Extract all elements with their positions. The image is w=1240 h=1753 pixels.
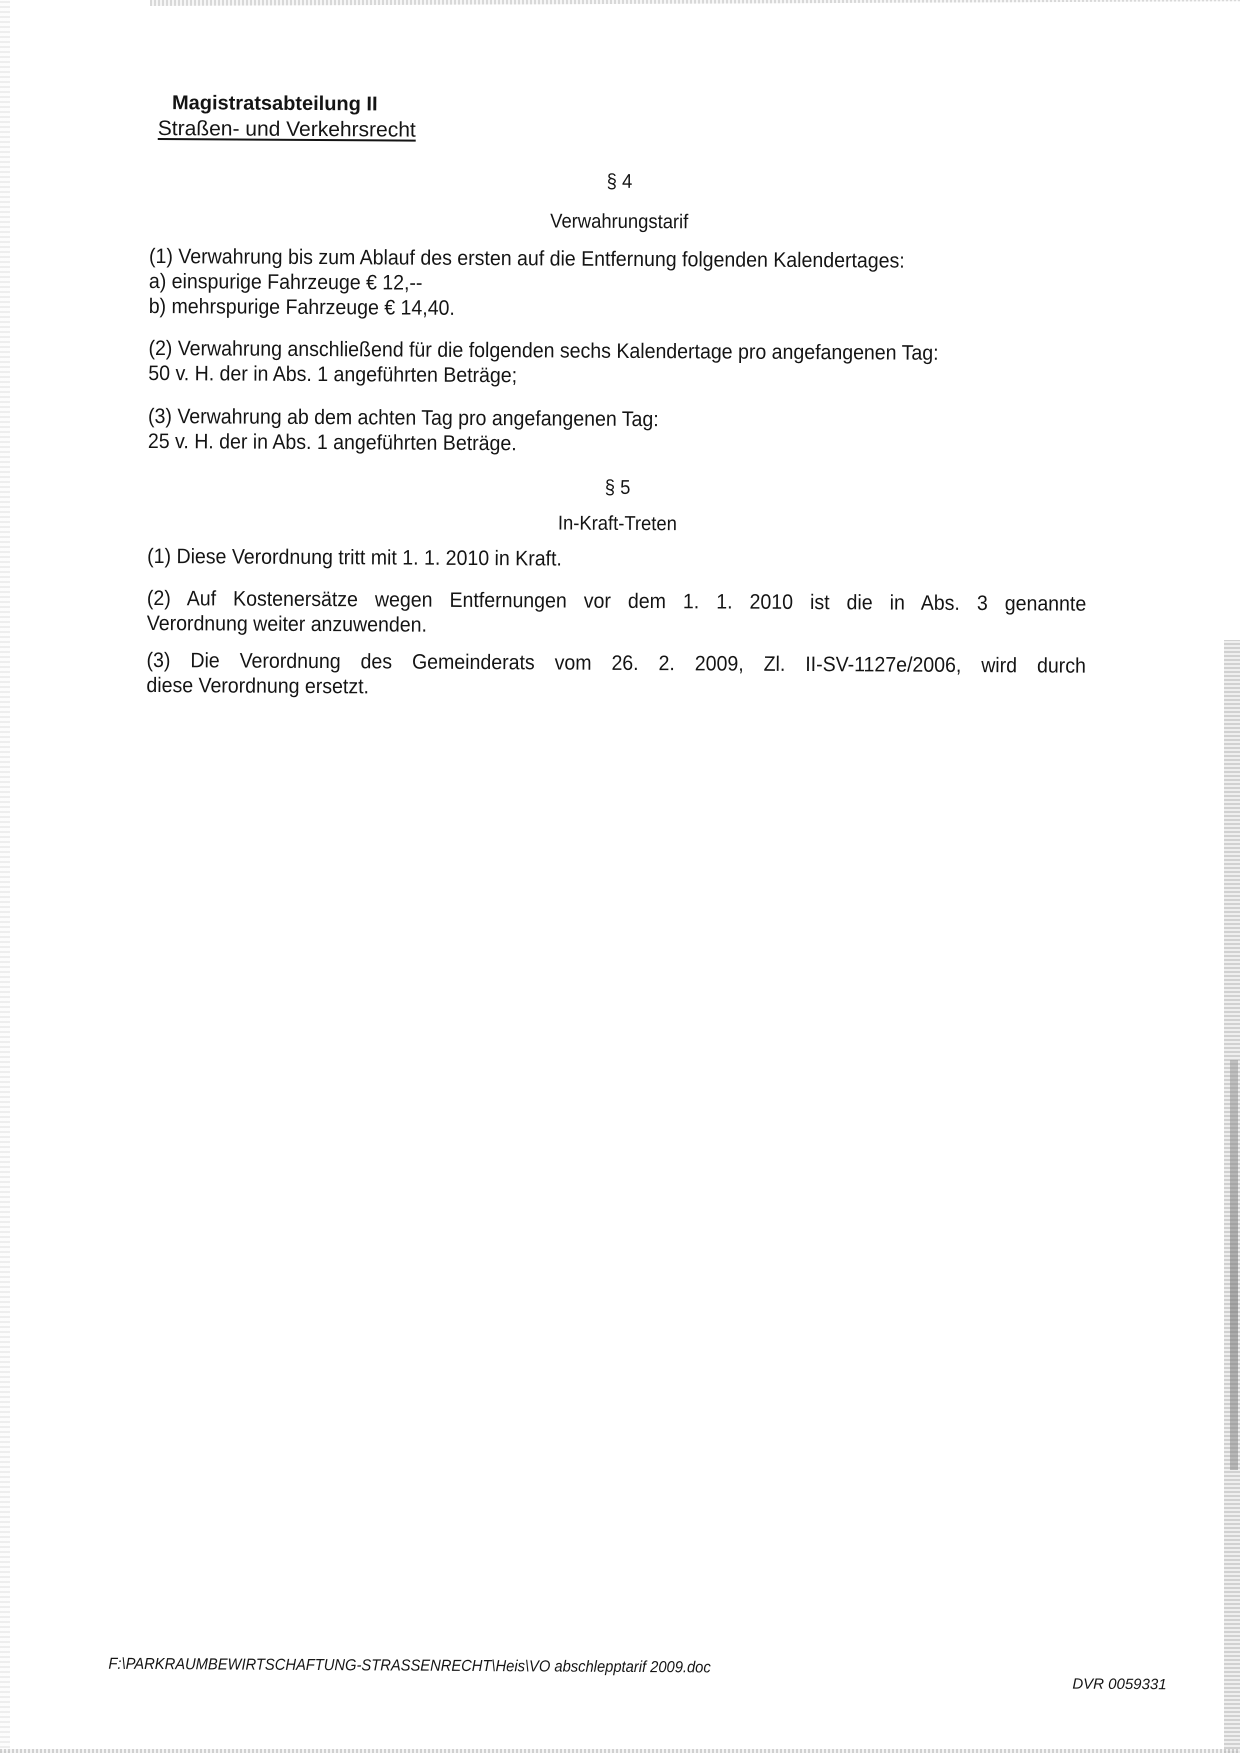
paragraph-line: 25 v. H. der in Abs. 1 angeführten Beträ… [148,429,1022,459]
subdepartment-heading: Straßen- und Verkehrsrecht [158,117,416,143]
section-4-title: Verwahrungstarif [49,207,1190,237]
section-4-number: § 4 [49,167,1190,197]
section-5-number: § 5 [47,473,1188,503]
section-5-paragraph-2: (2) Auf Kostenersätze wegen Entfernungen… [147,586,1021,641]
section-4-paragraph-1: (1) Verwahrung bis zum Ablauf des ersten… [149,244,1024,324]
document-page: Magistratsabteilung II Straßen- und Verk… [0,0,1240,1753]
section-4-paragraph-3: (3) Verwahrung ab dem achten Tag pro ang… [148,404,1022,459]
paragraph-line: b) mehrspurige Fahrzeuge € 14,40. [149,294,1023,324]
section-5-paragraph-1: (1) Diese Verordnung tritt mit 1. 1. 201… [147,544,1021,574]
department-heading: Magistratsabteilung II [172,92,378,116]
section-4-paragraph-2: (2) Verwahrung anschließend für die folg… [148,336,1022,391]
footer-file-path: F:\PARKRAUMBEWIRTSCHAFTUNG-STRASSENRECHT… [108,1656,710,1678]
section-5-title: In-Kraft-Treten [47,509,1188,539]
footer-dvr-number: DVR 0059331 [1072,1676,1166,1694]
paragraph-line: (1) Diese Verordnung tritt mit 1. 1. 201… [147,544,1021,574]
section-5-paragraph-3: (3) Die Verordnung des Gemeinderats vom … [146,648,1020,703]
